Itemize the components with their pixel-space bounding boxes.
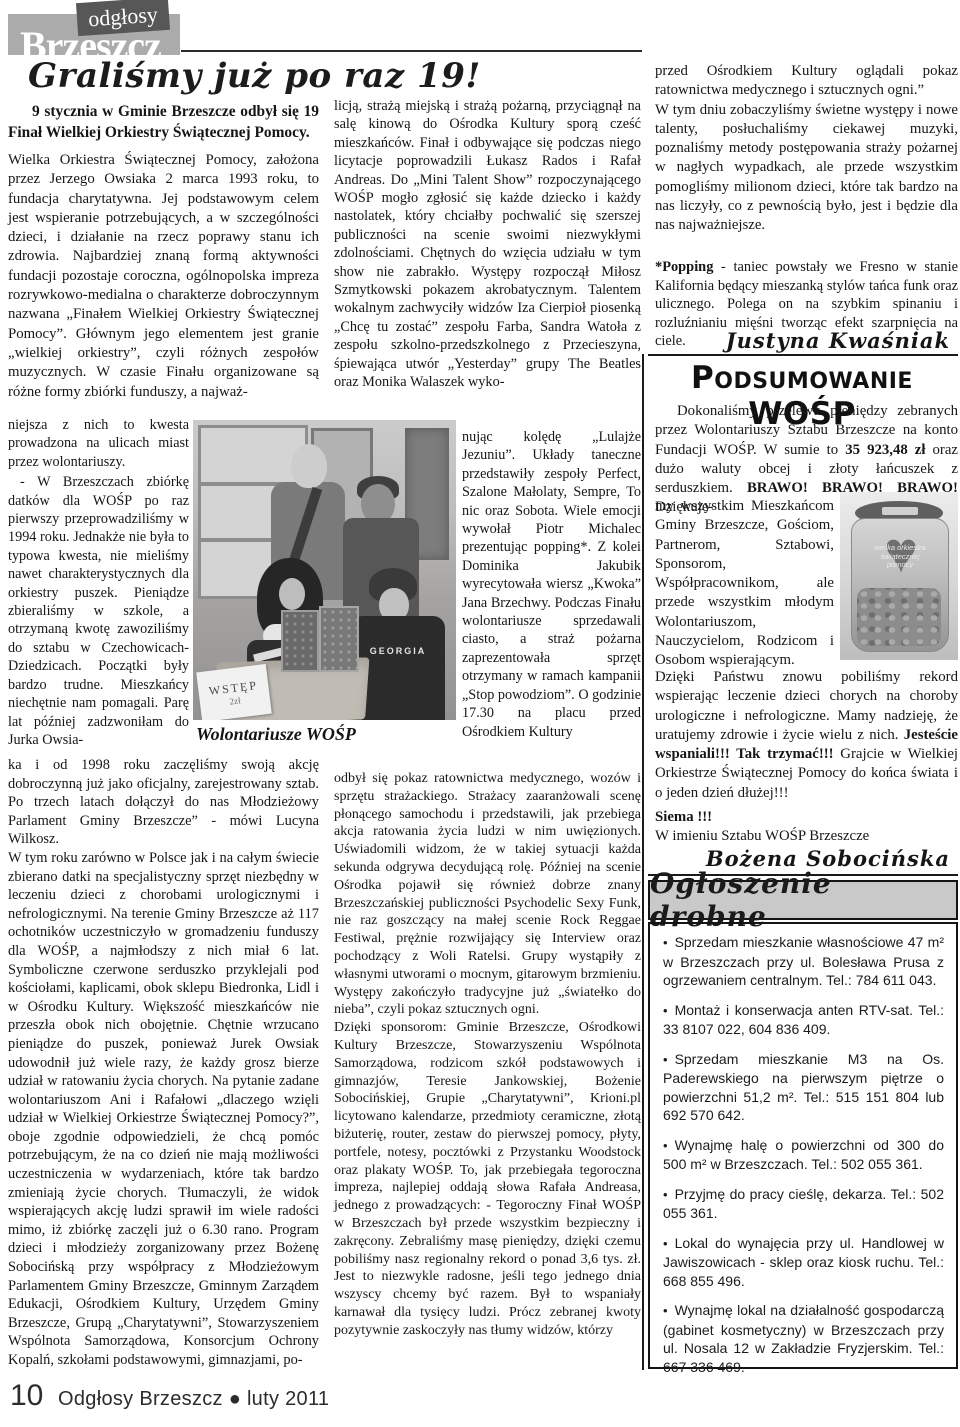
entry-sign-price: 2zł <box>229 695 241 706</box>
bullet-icon: • <box>663 935 668 950</box>
newspaper-page: Brzeszcz odgłosy Graliśmy już po raz 19!… <box>0 0 960 1427</box>
paragraph: ka i od 1998 roku zaczęliśmy swoją akcję… <box>8 756 319 849</box>
footnote-term: *Popping <box>655 259 713 275</box>
summary-paragraph-narrow: my wszystkim Mieszkańcom Gminy Brzeszcze… <box>655 497 834 671</box>
bullet-icon: • <box>663 1187 668 1202</box>
paragraph: licją, strażą miejską i strażą pożarną, … <box>334 97 641 392</box>
person-face <box>279 578 305 610</box>
entry-sign: WSTĘP 2zł <box>196 664 272 720</box>
column1-segment1: Wielka Orkiestra Świątecznej Pomocy, zał… <box>8 151 319 402</box>
shirt-text: GEORGIA <box>351 646 445 656</box>
bullet-icon: • <box>663 1303 668 1318</box>
collection-box <box>319 606 359 672</box>
jar-coins <box>857 588 941 646</box>
ad-text: Przyjmę do pracy cieślę, dekarza. Tel.: … <box>663 1186 944 1222</box>
siema-text: Siema !!! <box>655 809 712 825</box>
paragraph: Dzięki Państwu znowu pobiliśmy rekord ws… <box>655 668 958 803</box>
jar-lid-label <box>882 507 918 515</box>
column2-segment1: licją, strażą miejską i strażą pożarną, … <box>334 97 641 392</box>
paragraph: przed Ośrodkiem Kultury oglądali pokaz r… <box>655 62 958 101</box>
author-signature: Justyna Kwaśniak <box>655 328 950 353</box>
classifieds-box: •Sprzedam mieszkanie własnościowe 47 m² … <box>648 922 958 1369</box>
header-rule <box>181 50 642 52</box>
classified-ad: •Sprzedam mieszkanie własnościowe 47 m² … <box>663 933 944 990</box>
classified-ad: •Przyjmę do pracy cieślę, dekarza. Tel.:… <box>663 1185 944 1223</box>
column1-segment2: niejsza z nich to kwesta prowadzona na u… <box>8 416 189 749</box>
ad-text: Wynajmę lokal na działalność gospodarczą… <box>663 1302 944 1375</box>
paragraph: - W Brzeszczach zbiórkę datków dla WOŚP … <box>8 473 189 749</box>
column3-segment1: przed Ośrodkiem Kultury oglądali pokaz r… <box>655 62 958 236</box>
collection-box <box>281 610 319 672</box>
section-rule <box>648 354 958 356</box>
classified-ad: •Wynajmę lokal na działalność gospodarcz… <box>663 1301 944 1376</box>
paragraph: my wszystkim Mieszkańcom Gminy Brzeszcze… <box>655 497 834 671</box>
lead-paragraph: 9 stycznia w Gminie Brzeszcze odbył się … <box>8 102 319 143</box>
summary-paragraph-2: Dzięki Państwu znowu pobiliśmy rekord ws… <box>655 668 958 803</box>
classified-ad: •Sprzedam mieszkanie M3 na Os. Paderewsk… <box>663 1050 944 1125</box>
classified-ad: •Montaż i konserwacja anten RTV-sat. Tel… <box>663 1001 944 1039</box>
bullet-icon: • <box>663 1236 668 1251</box>
bullet-icon: • <box>663 1138 668 1153</box>
column2-segment3: odbył się pokaz ratownictwa medycznego, … <box>334 770 641 1340</box>
column1-segment3: ka i od 1998 roku zaczęliśmy swoją akcję… <box>8 756 319 1370</box>
paragraph: Wielka Orkiestra Świątecznej Pomocy, zał… <box>8 151 319 402</box>
bullet-icon: • <box>663 1003 668 1018</box>
coin-jar-photo: wielka orkiestra świątecznej pomocy <box>840 492 958 660</box>
paragraph: nując kolędę „Lulajże Jezuniu”. Układy t… <box>462 428 641 741</box>
article-headline: Graliśmy już po raz 19! <box>28 56 481 96</box>
jar-heart-label: wielka orkiestra świątecznej pomocy <box>871 544 929 570</box>
ad-text: Sprzedam mieszkanie M3 na Os. Paderewski… <box>663 1051 944 1124</box>
paragraph: niejsza z nich to kwesta prowadzona na u… <box>8 416 189 471</box>
photo-caption: Wolontariusze WOŚP <box>196 724 356 745</box>
ad-text: Montaż i konserwacja anten RTV-sat. Tel.… <box>663 1002 944 1038</box>
classified-ad: •Wynajmę halę o powierzchni od 300 do 50… <box>663 1136 944 1174</box>
siema-line: Siema !!! <box>655 808 958 827</box>
paragraph: W tym dniu zobaczyliśmy świetne występy … <box>655 101 958 236</box>
classifieds-header: Ogłoszenie drobne <box>648 880 958 920</box>
bullet-icon: • <box>663 1052 668 1067</box>
paragraph: W tym roku zarówno w Polsce jak i na cał… <box>8 849 319 1370</box>
column2-segment2: nując kolędę „Lulajże Jezuniu”. Układy t… <box>462 428 641 741</box>
ad-text: Wynajmę halę o powierzchni od 300 do 500… <box>663 1137 944 1173</box>
classified-ad: •Lokal do wynajęcia przy ul. Handlowej w… <box>663 1234 944 1291</box>
ad-text: Sprzedam mieszkanie własnościowe 47 m² w… <box>663 934 944 988</box>
footer-page-number: 10 <box>10 1379 43 1413</box>
summary-amount: 35 923,48 zł <box>845 442 925 458</box>
closing-lines: Siema !!! W imieniu Sztabu WOŚP Brzeszcz… <box>655 808 958 847</box>
ad-text: Lokal do wynajęcia przy ul. Handlowej w … <box>663 1235 944 1289</box>
on-behalf-line: W imieniu Sztabu WOŚP Brzeszcze <box>655 827 958 846</box>
person-head <box>291 444 327 488</box>
masthead-overline-box: odgłosy <box>76 0 170 36</box>
paragraph: Dzięki sponsorom: Gminie Brzeszcze, Ośro… <box>334 1019 641 1339</box>
masthead-overline: odgłosy <box>87 1 158 32</box>
footer-issue-line: Odgłosy Brzeszcz ● luty 2011 <box>58 1388 329 1411</box>
volunteers-photo: GEORGIA WSTĘP 2zł <box>193 420 456 720</box>
column-divider <box>642 354 644 1370</box>
paragraph: odbył się pokaz ratownictwa medycznego, … <box>334 770 641 1019</box>
